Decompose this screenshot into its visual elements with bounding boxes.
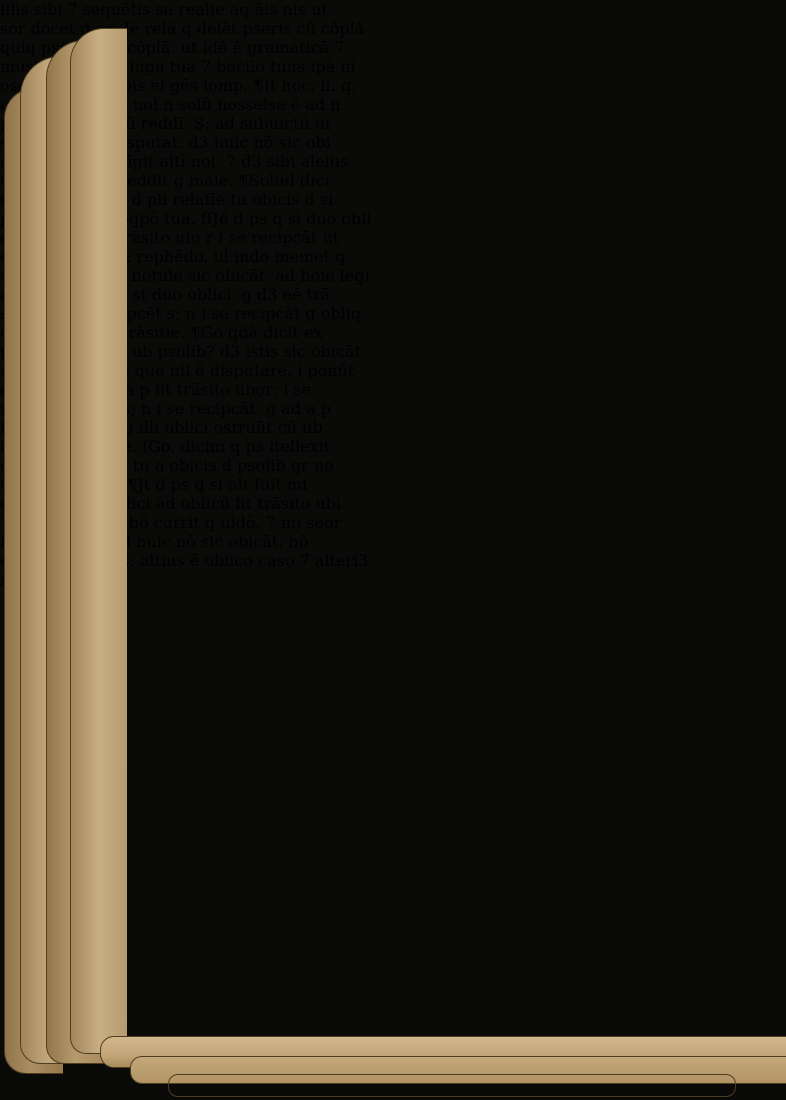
rubric-mark: S: [194, 114, 205, 133]
page-edge-bottom: [168, 1074, 736, 1097]
page-edge-leaf: [70, 28, 127, 1054]
rubric-mark: ſſ: [201, 209, 213, 228]
rubric-mark: ¶: [239, 171, 249, 190]
rubric-mark: ¶: [127, 475, 137, 494]
rubric-mark: d: [220, 342, 230, 361]
rubric-mark: ¶: [253, 76, 263, 95]
rubric-mark: d: [188, 133, 198, 152]
rubric-mark: ¶: [190, 323, 200, 342]
text-line: lilis sibi 7 sequētis se realie aq āis n…: [0, 0, 786, 19]
manuscript-photo: lilis sibi 7 sequētis se realie aq āis n…: [0, 0, 786, 1100]
